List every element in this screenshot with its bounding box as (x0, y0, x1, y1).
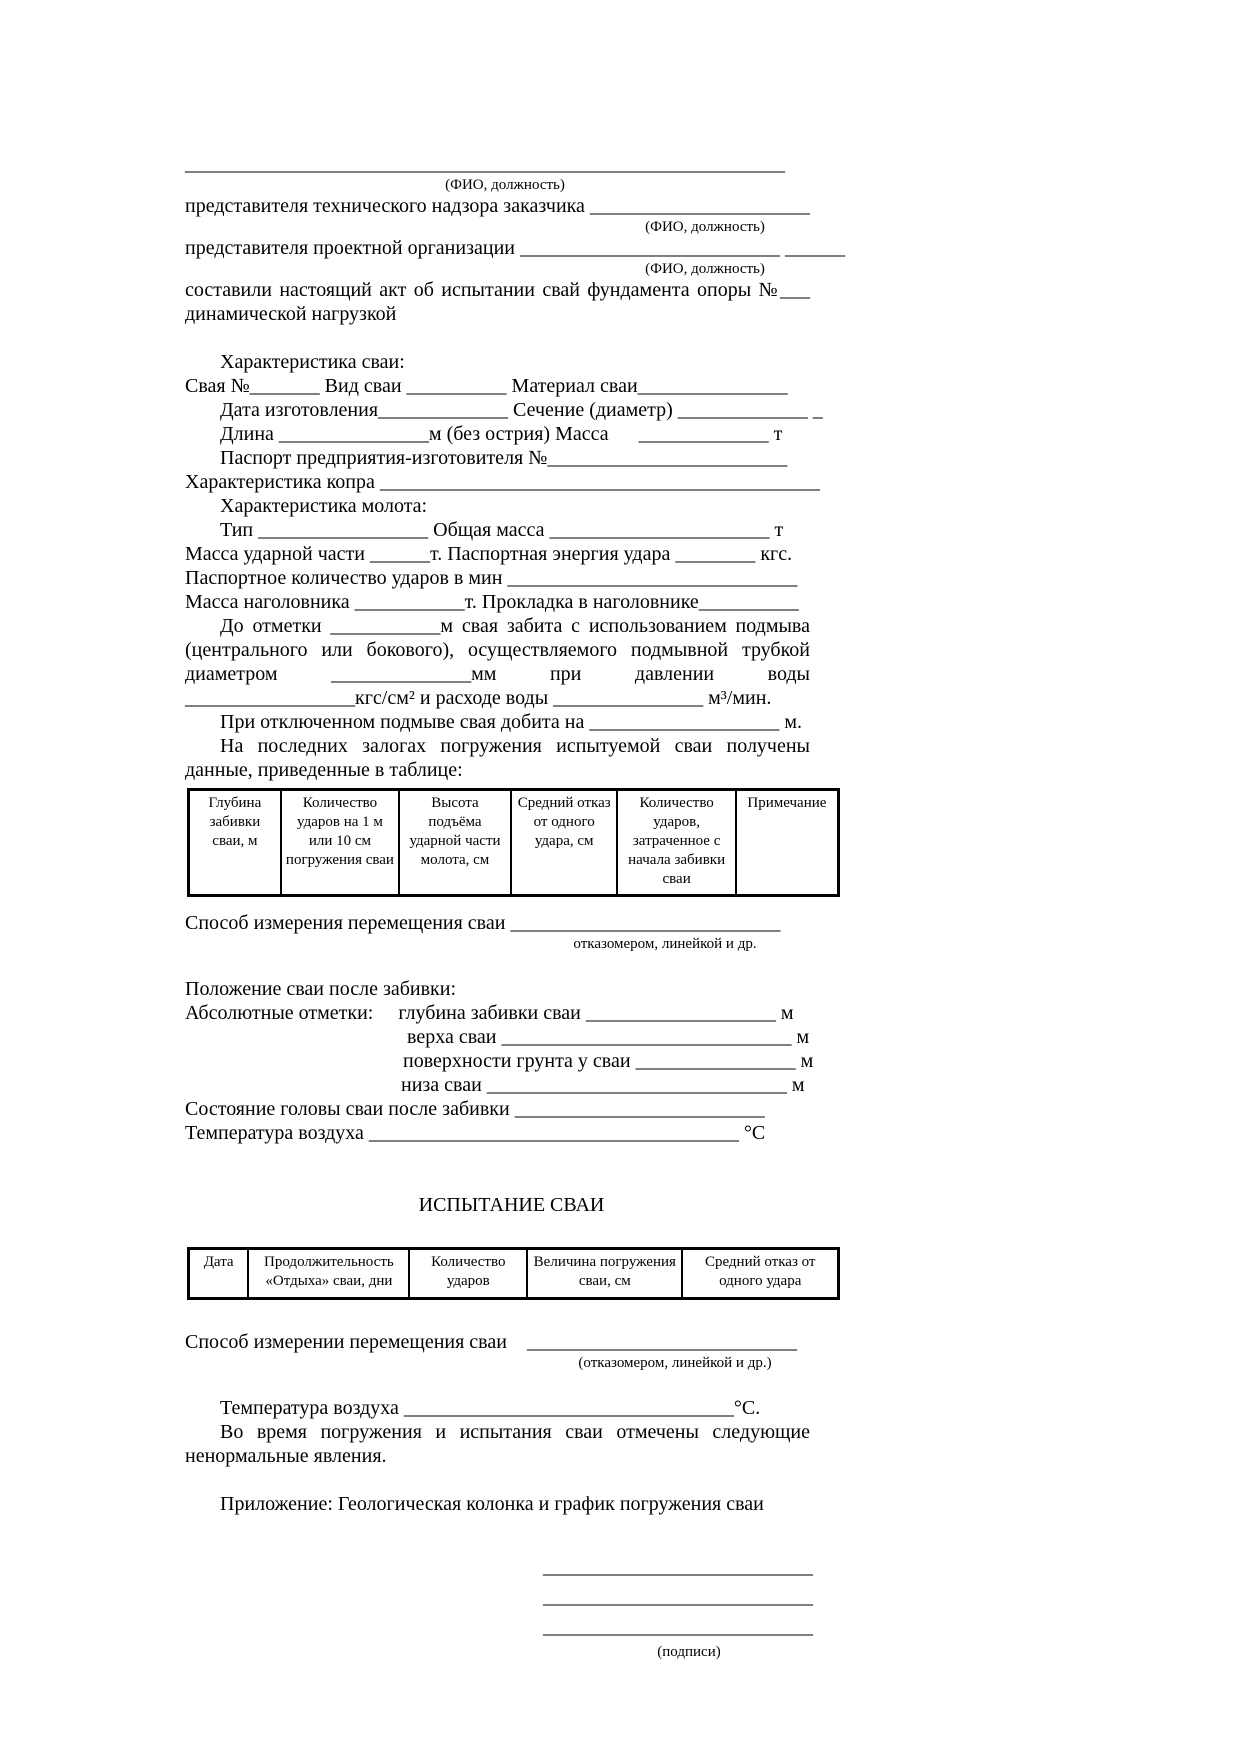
pile-top-line: верха сваи _____________________________… (185, 1025, 845, 1049)
manufacture-date-line: Дата изготовления_____________ Сечение (… (185, 398, 845, 422)
signature-line-3: ___________________________ (543, 1612, 835, 1642)
manufacturer-passport-line: Паспорт предприятия-изготовителя №______… (185, 446, 845, 470)
blank-line (185, 1145, 845, 1193)
fio-caption-3: (ФИО, должность) (545, 260, 865, 278)
test-col-avg-refusal: Средний отказ от одного удара (682, 1249, 838, 1299)
measurement-method-caption-2: (отказомером, линейкой и др.) (515, 1354, 835, 1372)
blank-line (185, 953, 845, 977)
absolute-marks-line: Абсолютные отметки: глубина забивки сваи… (185, 1001, 845, 1025)
blank-rule-line: ________________________________________… (185, 152, 845, 176)
blank-line (185, 1217, 845, 1241)
act-statement-line: составили настоящий акт об испытании сва… (185, 278, 810, 302)
blank-line (185, 326, 845, 350)
abnormal-phenomena-line-1: Во время погружения и испытания сваи отм… (185, 1420, 810, 1444)
driving-log-table: Глубина забивки сваи, м Количество ударо… (187, 788, 840, 897)
pile-head-state-line: Состояние головы сваи после забивки ____… (185, 1097, 845, 1121)
ground-surface-line: поверхности грунта у сваи ______________… (185, 1049, 845, 1073)
pile-characteristics-heading: Характеристика сваи: (185, 350, 845, 374)
hammer-type-line: Тип _________________ Общая масса ______… (185, 518, 845, 542)
kopra-characteristics-line: Характеристика копра ___________________… (185, 470, 845, 494)
blows-per-minute-line: Паспортное количество ударов в мин _____… (185, 566, 845, 590)
measurement-method-caption: отказомером, линейкой и др. (505, 935, 825, 953)
hammer-characteristics-heading: Характеристика молота: (185, 494, 845, 518)
fio-caption-1: (ФИО, должность) (325, 176, 685, 194)
washout-line-1: До отметки ___________м свая забита с ис… (185, 614, 810, 638)
air-temperature-line-1: Температура воздуха ____________________… (185, 1121, 845, 1145)
signatures-caption: (подписи) (543, 1642, 835, 1662)
driving-col-note: Примечание (736, 790, 839, 896)
test-section-heading: ИСПЫТАНИЕ СВАИ (185, 1193, 838, 1217)
document-page: ________________________________________… (0, 0, 845, 1662)
test-table: Дата Продолжительность «Отдыха» сваи, дн… (187, 1247, 840, 1300)
driving-col-lift-height: Высота подъёма ударной части молота, см (399, 790, 511, 896)
table-intro-line-2: данные, приведенные в таблице: (185, 758, 845, 782)
driving-col-total-blows: Количество ударов, затраченное с начала … (617, 790, 735, 896)
pile-length-line: Длина _______________м (без острия) Масс… (185, 422, 845, 446)
driving-col-avg-refusal: Средний отказ от одного удара, см (511, 790, 618, 896)
pile-number-line: Свая №_______ Вид сваи __________ Матери… (185, 374, 845, 398)
impact-mass-line: Масса ударной части ______т. Паспортная … (185, 542, 845, 566)
signature-line-1: ___________________________ (543, 1552, 835, 1582)
driving-col-depth: Глубина забивки сваи, м (189, 790, 281, 896)
driving-log-header-row: Глубина забивки сваи, м Количество ударо… (189, 790, 839, 896)
signature-line-2: ___________________________ (543, 1582, 835, 1612)
test-table-header-row: Дата Продолжительность «Отдыха» сваи, дн… (189, 1249, 839, 1299)
test-col-rest-duration: Продолжительность «Отдыха» сваи, дни (248, 1249, 409, 1299)
act-statement-line-2: динамической нагрузкой (185, 302, 845, 326)
fio-caption-2: (ФИО, должность) (545, 218, 865, 236)
pile-bottom-line: низа сваи ______________________________… (185, 1073, 845, 1097)
signature-block: ___________________________ ____________… (543, 1552, 835, 1662)
attachment-line: Приложение: Геологическая колонка и граф… (185, 1492, 845, 1516)
test-col-penetration: Величина погружения сваи, см (527, 1249, 682, 1299)
blank-line (185, 1372, 845, 1396)
washout-line-2: (центрального или бокового), осуществляе… (185, 638, 810, 662)
measurement-method-line: Способ измерения перемещения сваи ______… (185, 911, 845, 935)
tech-supervisor-line: представителя технического надзора заказ… (185, 194, 845, 218)
washout-line-4: _________________кгс/см² и расходе воды … (185, 686, 845, 710)
blank-line (185, 1468, 845, 1492)
washout-line-3: диаметром ______________мм при давлении … (185, 662, 810, 686)
test-col-date: Дата (189, 1249, 249, 1299)
cap-mass-line: Масса наголовника ___________т. Прокладк… (185, 590, 845, 614)
pile-finished-line: При отключенном подмыве свая добита на _… (185, 710, 845, 734)
abnormal-phenomena-line-2: ненормальные явления. (185, 1444, 845, 1468)
driving-col-blow-count: Количество ударов на 1 м или 10 см погру… (281, 790, 399, 896)
design-org-line: представителя проектной организации ____… (185, 236, 845, 260)
measurement-method-line-2: Способ измерении перемещения сваи ______… (185, 1330, 845, 1354)
blank-line (185, 1314, 845, 1330)
air-temperature-line-2: Температура воздуха ____________________… (185, 1396, 845, 1420)
pile-position-heading: Положение сваи после забивки: (185, 977, 845, 1001)
test-col-blow-count: Количество ударов (409, 1249, 527, 1299)
table-intro-line-1: На последних залогах погружения испытуем… (185, 734, 810, 758)
